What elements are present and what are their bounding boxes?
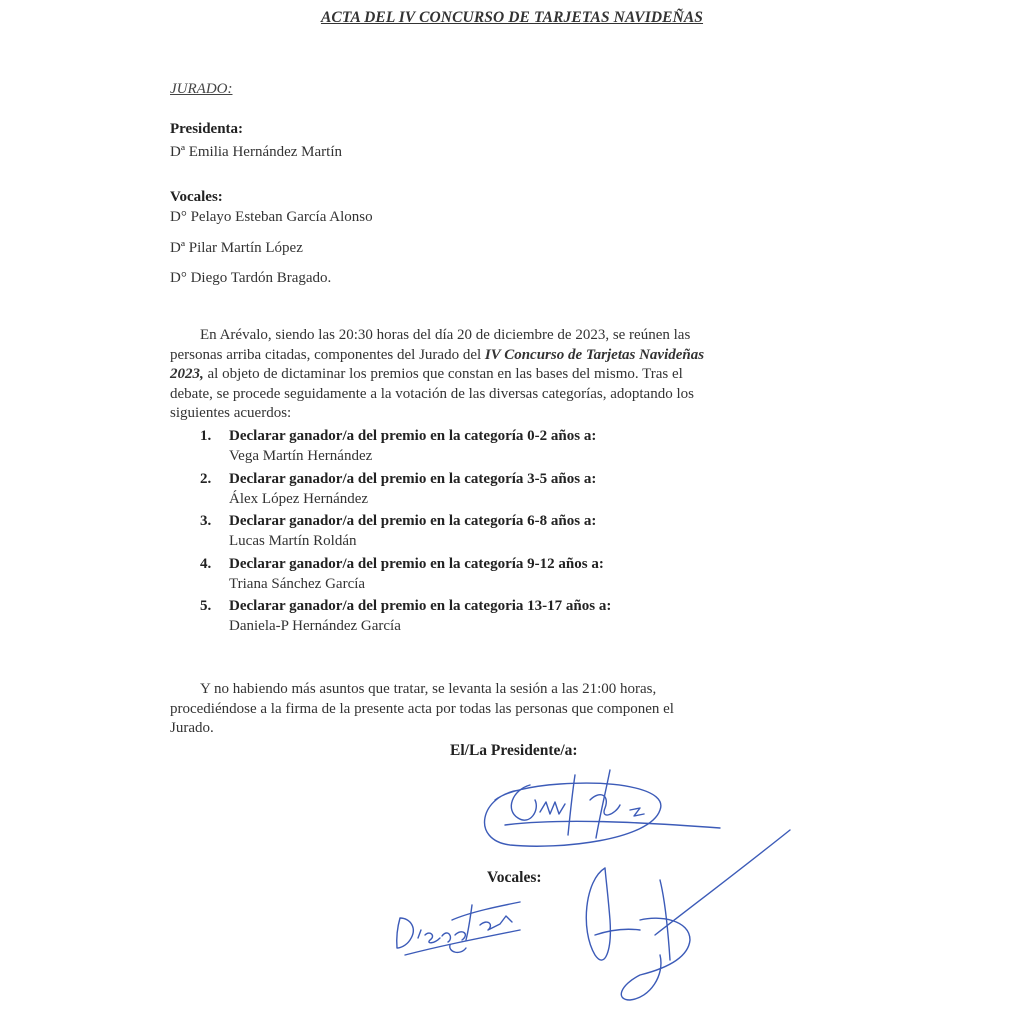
jury-heading: JURADO:: [170, 81, 232, 98]
agreement-number: 5.: [200, 598, 211, 615]
agreement-text: Declarar ganador/a del premio en la cate…: [229, 598, 611, 615]
president-role: Presidenta:: [170, 121, 243, 138]
agreement-number: 1.: [200, 428, 211, 445]
agreement-item: 5. Declarar ganador/a del premio en la c…: [200, 598, 680, 641]
agreement-item: 3. Declarar ganador/a del premio en la c…: [200, 513, 680, 556]
vocal-name: Dª Pilar Martín López: [170, 240, 303, 257]
vocal-name: D° Diego Tardón Bragado.: [170, 270, 331, 287]
document-title: ACTA DEL IV CONCURSO DE TARJETAS NAVIDEÑ…: [0, 9, 1024, 27]
vocal-signature-2: [586, 830, 790, 1000]
agreement-item: 1. Declarar ganador/a del premio en la c…: [200, 428, 680, 471]
intro-paragraph: En Arévalo, siendo las 20:30 horas del d…: [170, 326, 710, 424]
agreement-text: Declarar ganador/a del premio en la cate…: [229, 471, 596, 488]
agreement-number: 2.: [200, 471, 211, 488]
intro-text-2: al objeto de dictaminar los premios que …: [170, 366, 694, 421]
agreement-winner: Triana Sánchez García: [229, 576, 365, 593]
agreement-text: Declarar ganador/a del premio en la cate…: [229, 428, 596, 445]
agreement-number: 4.: [200, 556, 211, 573]
document-page: ACTA DEL IV CONCURSO DE TARJETAS NAVIDEÑ…: [0, 0, 1024, 1024]
closing-text: Y no habiendo más asuntos que tratar, se…: [170, 681, 674, 736]
agreement-winner: Daniela-P Hernández García: [229, 618, 401, 635]
president-signature-label: El/La Presidente/a:: [450, 742, 578, 760]
agreement-item: 2. Declarar ganador/a del premio en la c…: [200, 471, 680, 514]
closing-paragraph: Y no habiendo más asuntos que tratar, se…: [170, 680, 710, 739]
president-signature: [485, 770, 720, 846]
agreement-text: Declarar ganador/a del premio en la cate…: [229, 556, 604, 573]
agreement-text: Declarar ganador/a del premio en la cate…: [229, 513, 596, 530]
vocales-role: Vocales:: [170, 189, 223, 206]
agreement-winner: Álex López Hernández: [229, 491, 368, 508]
president-name: Dª Emilia Hernández Martín: [170, 144, 342, 161]
agreement-number: 3.: [200, 513, 211, 530]
vocal-signature-diego: [397, 902, 520, 955]
vocales-signature-label: Vocales:: [487, 869, 542, 887]
agreement-item: 4. Declarar ganador/a del premio en la c…: [200, 556, 680, 599]
vocal-name: D° Pelayo Esteban García Alonso: [170, 209, 373, 226]
agreement-winner: Lucas Martín Roldán: [229, 533, 356, 550]
agreements-list: 1. Declarar ganador/a del premio en la c…: [200, 428, 680, 641]
agreement-winner: Vega Martín Hernández: [229, 448, 372, 465]
